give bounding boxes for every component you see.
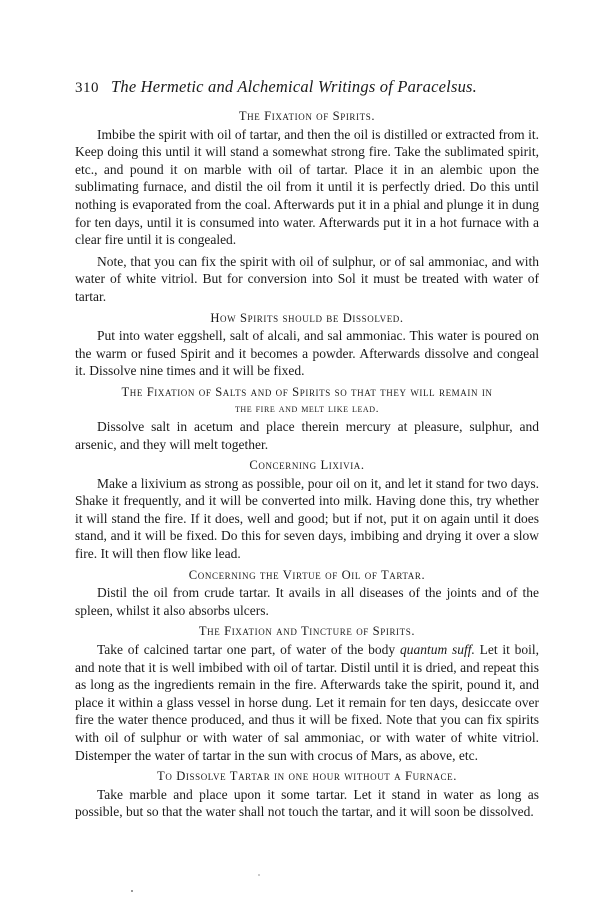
paragraph: Take marble and place upon it some tarta… bbox=[75, 786, 539, 821]
paragraph: Take of calcined tartar one part, of wat… bbox=[75, 641, 539, 764]
section-fixation-of-salts: The Fixation of Salts and of Spirits so … bbox=[75, 384, 539, 453]
section-fixation-of-spirits: The Fixation of Spirits. Imbibe the spir… bbox=[75, 108, 539, 306]
section-heading-line-2: the fire and melt like lead. bbox=[235, 403, 379, 415]
print-speck bbox=[131, 890, 133, 892]
section-virtue-of-oil-of-tartar: Concerning the Virtue of Oil of Tartar. … bbox=[75, 567, 539, 620]
italic-term: quantum suff. bbox=[400, 642, 475, 657]
section-concerning-lixivia: Concerning Lixivia. Make a lixivium as s… bbox=[75, 457, 539, 563]
section-heading: Concerning Lixivia. bbox=[75, 457, 539, 475]
section-heading: The Fixation of Spirits. bbox=[75, 108, 539, 126]
section-heading-line-1: The Fixation of Salts and of Spirits so … bbox=[121, 385, 492, 399]
paragraph: Dissolve salt in acetum and place therei… bbox=[75, 418, 539, 453]
section-fixation-and-tincture: The Fixation and Tincture of Spirits. Ta… bbox=[75, 623, 539, 764]
paragraph-text: Let it boil, and note that it is well im… bbox=[75, 642, 539, 763]
section-heading: The Fixation of Salts and of Spirits so … bbox=[75, 384, 539, 418]
paragraph: Put into water eggshell, salt of alcali,… bbox=[75, 327, 539, 380]
running-header: 310 The Hermetic and Alchemical Writings… bbox=[75, 77, 539, 99]
section-heading: The Fixation and Tincture of Spirits. bbox=[75, 623, 539, 641]
paragraph-text: Take of calcined tartar one part, of wat… bbox=[97, 642, 400, 657]
paragraph: Make a lixivium as strong as possible, p… bbox=[75, 475, 539, 563]
section-heading: How Spirits should be Dissolved. bbox=[75, 310, 539, 328]
book-page: 310 The Hermetic and Alchemical Writings… bbox=[75, 77, 539, 825]
section-dissolve-tartar: To Dissolve Tartar in one hour without a… bbox=[75, 768, 539, 821]
print-speck bbox=[258, 874, 260, 876]
paragraph: Note, that you can fix the spirit with o… bbox=[75, 253, 539, 306]
section-heading: Concerning the Virtue of Oil of Tartar. bbox=[75, 567, 539, 585]
section-how-spirits-dissolved: How Spirits should be Dissolved. Put int… bbox=[75, 310, 539, 380]
section-heading: To Dissolve Tartar in one hour without a… bbox=[75, 768, 539, 786]
running-title: The Hermetic and Alchemical Writings of … bbox=[111, 77, 477, 97]
page-number: 310 bbox=[75, 80, 99, 97]
paragraph: Distil the oil from crude tartar. It ava… bbox=[75, 584, 539, 619]
paragraph: Imbibe the spirit with oil of tartar, an… bbox=[75, 126, 539, 249]
